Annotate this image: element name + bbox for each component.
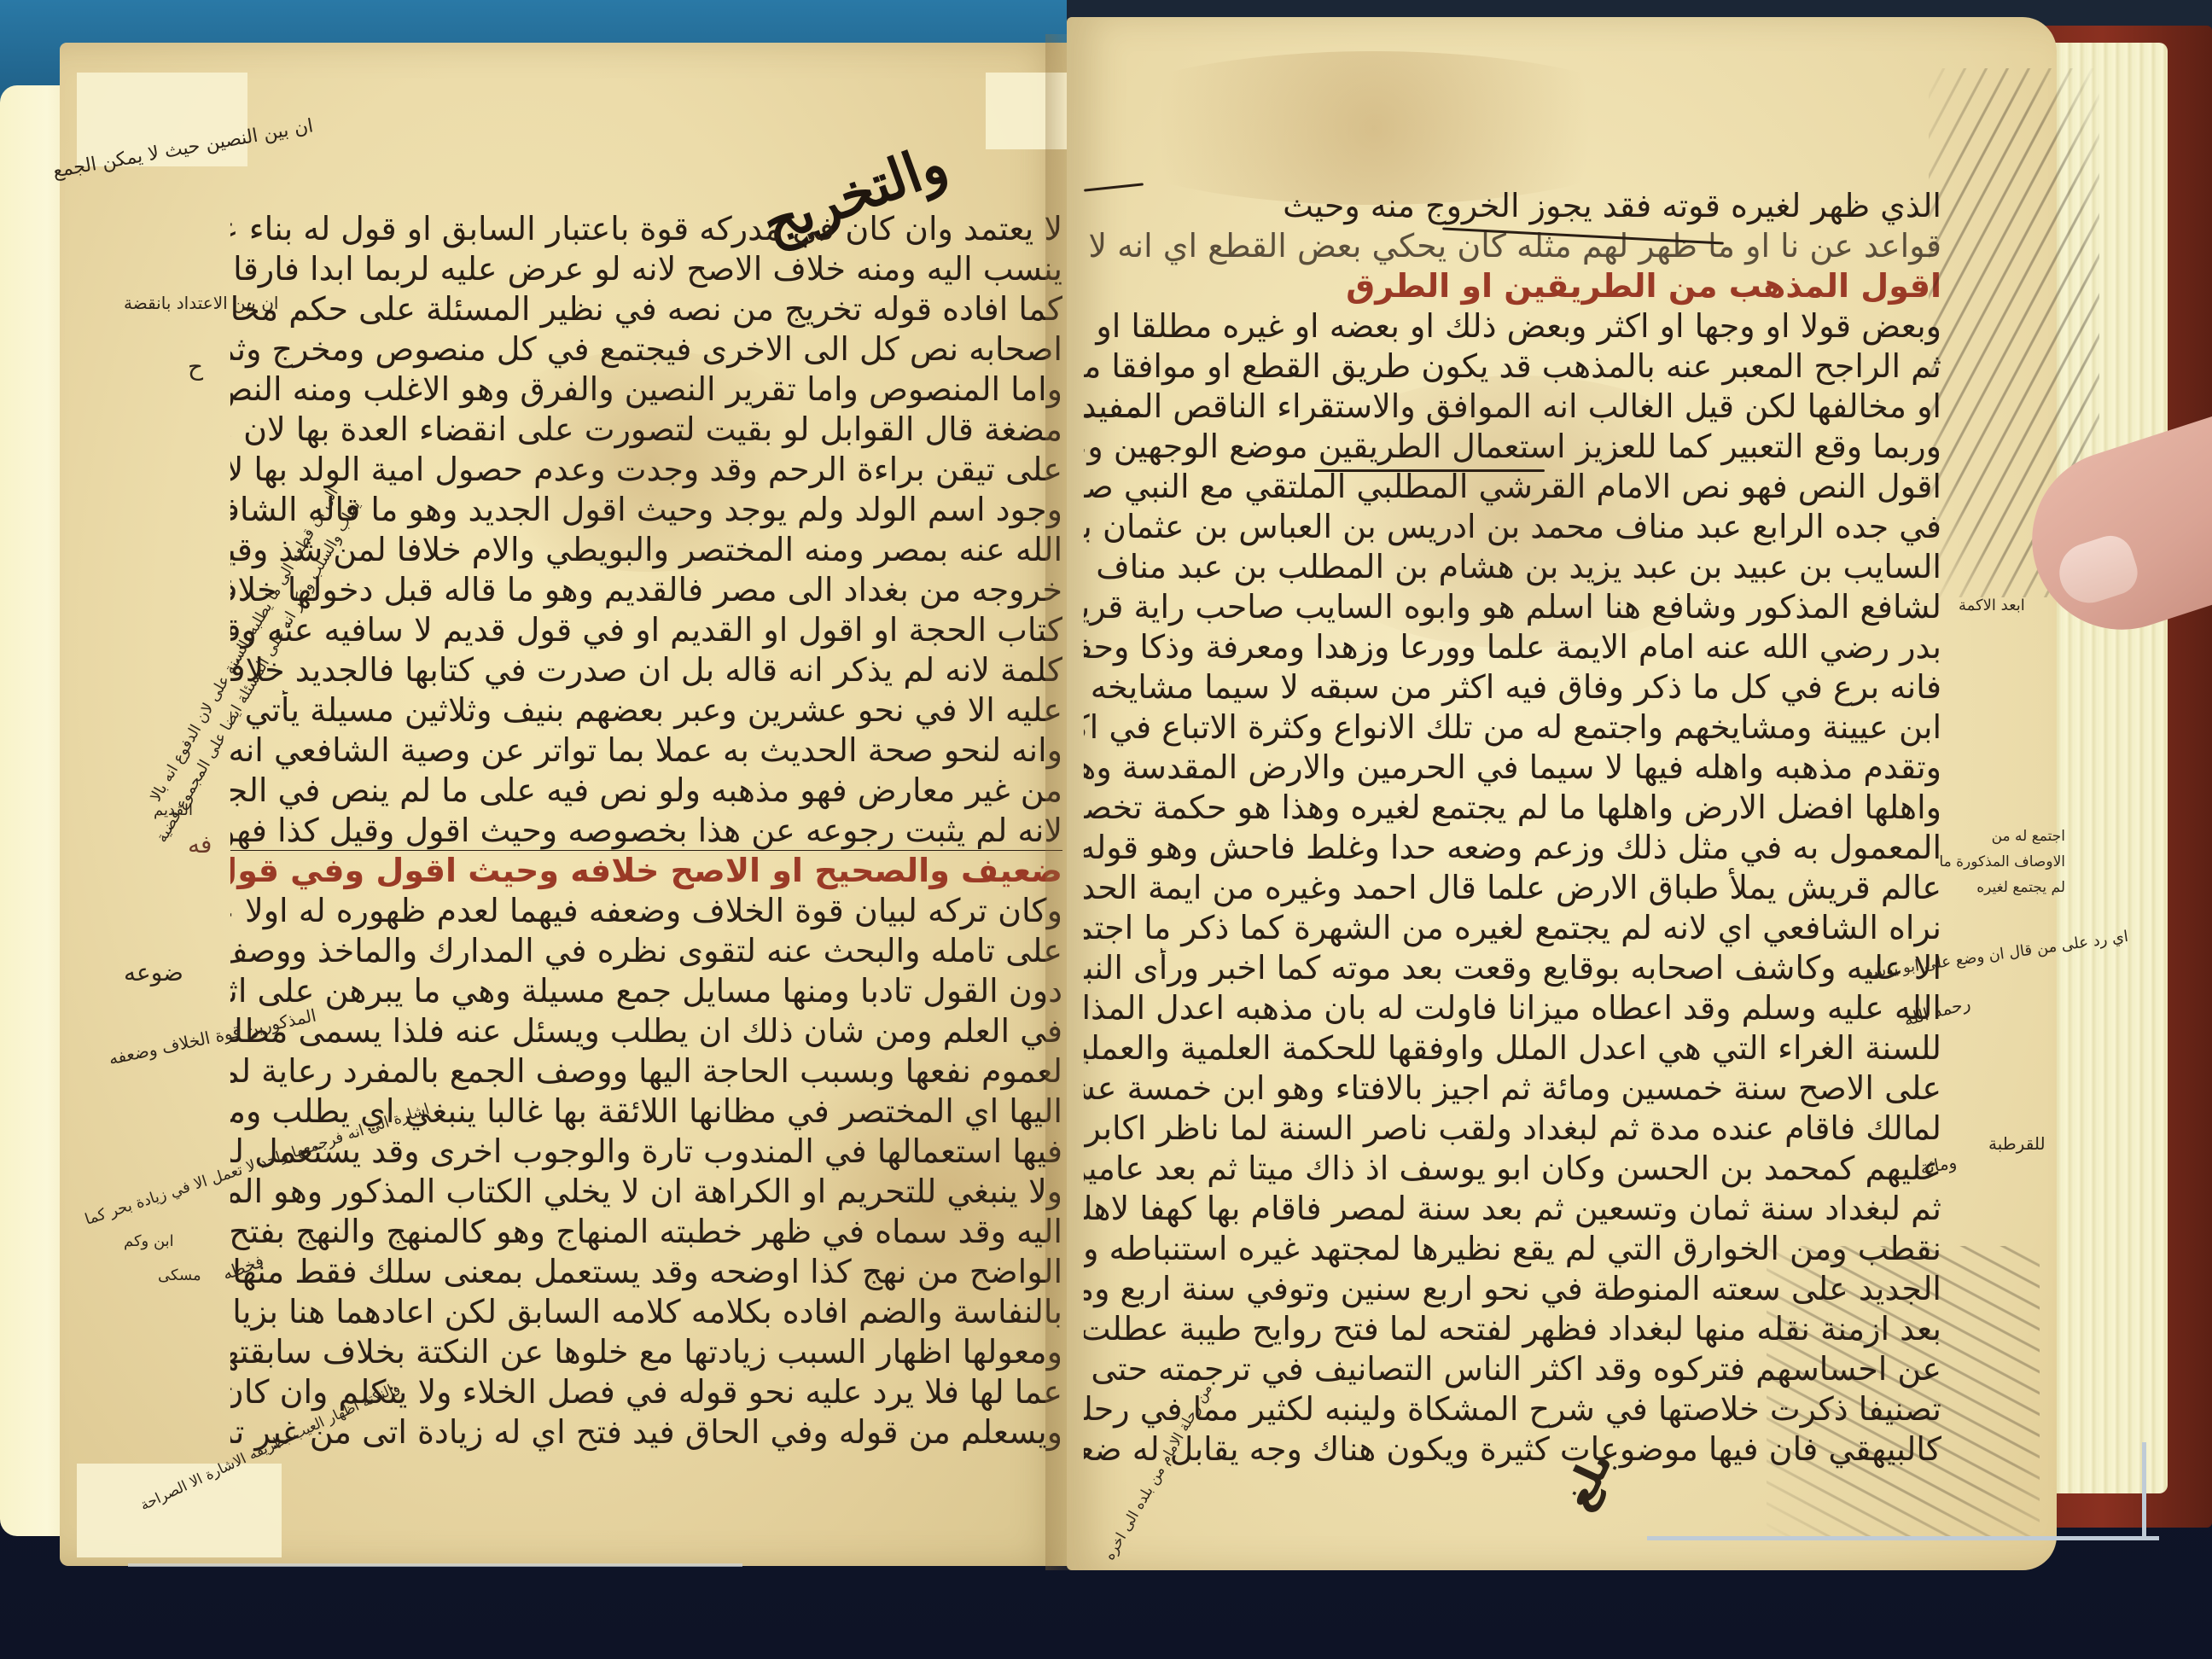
text-line: المعمول به في مثل ذلك وزعم وضعه حدا وغلط…	[1084, 828, 1941, 868]
margin-note: ومائة	[1918, 1150, 1959, 1181]
text-line: وانه لنحو صحة الحديث به عملا بما تواتر ع…	[230, 731, 1062, 771]
text-line: او مخالفها لكن قيل الغالب انه الموافق وا…	[1084, 387, 1941, 427]
text-line: الله عنه بمصر ومنه المختصر والبويطي والا…	[230, 530, 1062, 570]
dense-margin-gloss-bottom-right	[1767, 1246, 2040, 1536]
text-line: عليهم كمحمد بن الحسن وكان ابو يوسف اذ ذا…	[1084, 1149, 1941, 1189]
text-line: في جده الرابع عبد مناف محمد بن ادريس بن …	[1084, 507, 1941, 547]
text-line: ثم الراجح المعبر عنه بالمذهب قد يكون طري…	[1084, 346, 1941, 387]
text-line: فانه برع في كل ما ذكر وفاق فيه اكثر من س…	[1084, 667, 1941, 707]
text-line: اليه وقد سماه في ظهر خطبته المنهاج وهو ك…	[230, 1212, 1062, 1252]
margin-note: فه	[188, 832, 212, 858]
text-line: ومعولها اظهار السبب زيادتها مع خلوها عن …	[230, 1332, 1062, 1372]
table-edge-highlight	[2142, 1442, 2146, 1540]
text-line: اقول النص فهو نص الامام القرشي المطلبي ا…	[1084, 467, 1941, 507]
text-line: على تامله والبحث عنه لتقوى نظره في المدا…	[230, 931, 1062, 971]
text-line: للسنة الغراء التي هي اعدل الملل واوفقها …	[1084, 1028, 1941, 1068]
text-line: بدر رضي الله عنه امام الايمة علما وورعا …	[1084, 627, 1941, 667]
text-line: بالنفاسة والضم افاده بكلامه كلامه السابق…	[230, 1292, 1062, 1332]
left-page: والتخريج لا يعتمد وان كان في مدركه قوة ب…	[60, 43, 1071, 1566]
text-line: ابن عيينة ومشايخهم واجتمع له من تلك الان…	[1084, 707, 1941, 748]
text-line: ينسب اليه ومنه خلاف الاصح لانه لو عرض عل…	[230, 249, 1062, 289]
margin-note: مسكى	[158, 1263, 201, 1289]
text-line: من غير معارض فهو مذهبه ولو نص فيه على ما…	[230, 771, 1062, 811]
margin-note: ضوعه	[124, 960, 183, 986]
text-line: وتقدم مذهبه واهله فيها لا سيما في الحرمي…	[1084, 748, 1941, 788]
margin-note: ان بين الاعتداد بانقضة	[124, 290, 278, 316]
text-line: في العلم ومن شان ذلك ان يطلب ويسئل عنه ف…	[230, 1011, 1062, 1051]
text-line-rubricated: ضعيف والصحيح او الاصح خلافه وحيث اقول وف…	[230, 851, 1062, 891]
text-line: لعموم نفعها وبسبب الحاجة اليها ووصف الجم…	[230, 1051, 1062, 1091]
text-line: لا يعتمد وان كان في مدركه قوة باعتبار ال…	[230, 209, 1062, 249]
text-line: عليه الا في نحو عشرين وعبر بعضهم بنيف وث…	[230, 690, 1062, 731]
margin-note: ابن وكم	[124, 1229, 174, 1254]
text-line: الا عليه وكاشف اصحابه بوقايع وقعت بعد مو…	[1084, 948, 1941, 988]
ink-underline	[1084, 414, 1144, 416]
text-line: ولا ينبغي للتحريم او الكراهة ان لا يخلي …	[230, 1172, 1062, 1212]
water-stain	[1075, 51, 1673, 205]
text-line: على الاصح سنة خمسين ومائة ثم اجيز بالافت…	[1084, 1068, 1941, 1109]
margin-note: اجتمع له من الاوصاف المذكورة ما لم يجتمع…	[1937, 824, 2065, 900]
text-line: مضغة قال القوابل لو بقيت لتصورت على انقض…	[230, 410, 1062, 450]
ink-underline	[1314, 469, 1545, 472]
text-line: لشافع المذكور وشافع هنا اسلم هو وابوه ال…	[1084, 587, 1941, 627]
text-line: اصحابه نص كل الى الاخرى فيجتمع في كل منص…	[230, 329, 1062, 370]
text-line: الذي ظهر لغيره قوته فقد يجوز الخروج منه …	[1084, 186, 1941, 226]
text-line: كما افاده قوله تخريج من نصه في نظير المس…	[230, 289, 1062, 329]
text-line: الواضح من نهج كذا اوضحه وقد يستعمل بمعنى…	[230, 1252, 1062, 1292]
text-line: كتاب الحجة او اقول او القديم او في قول ق…	[230, 610, 1062, 650]
text-line: الله عليه وسلم وقد اعطاه ميزانا فاولت له…	[1084, 988, 1941, 1028]
text-line: وكان تركه لبيان قوة الخلاف وضعفه فيهما ل…	[230, 891, 1062, 931]
fingernail	[2052, 530, 2143, 610]
text-line: كلمة لانه لم يذكر انه قاله بل ان صدرت في…	[230, 650, 1062, 690]
table-edge-highlight	[128, 1563, 742, 1567]
text-line: نراه الشافعي اي لانه لم يجتمع لغيره من ا…	[1084, 908, 1941, 948]
text-line: السايب بن عبيد بن عبد يزيد بن هشام بن ال…	[1084, 547, 1941, 587]
right-page: الذي ظهر لغيره قوته فقد يجوز الخروج منه …	[1067, 17, 2057, 1570]
text-line: وربما وقع التعبير كما للعزيز استعمال الط…	[1084, 427, 1941, 467]
text-line: لمالك فاقام عنده مدة ثم لبغداد ولقب ناصر…	[1084, 1109, 1941, 1149]
text-line-rubricated: اقول المذهب من الطريقين او الطرق	[1084, 266, 1941, 306]
text-line: خروجه من بغداد الى مصر فالقديم وهو ما قا…	[230, 570, 1062, 610]
left-main-text: لا يعتمد وان كان في مدركه قوة باعتبار ال…	[230, 209, 1062, 1452]
text-line: وبعض قولا او وجها او اكثر وبعض ذلك او بع…	[1084, 306, 1941, 346]
text-line: ثم لبغداد سنة ثمان وتسعين ثم بعد سنة لمص…	[1084, 1189, 1941, 1229]
margin-note: القديم	[154, 798, 193, 824]
margin-note: ابعد الاكمة	[1959, 593, 2025, 619]
text-line: لانه لم يثبت رجوعه عن هذا بخصوصه وحيث اق…	[230, 811, 1062, 851]
margin-note: للقرطبة	[1988, 1131, 2046, 1156]
text-line: دون القول تادبا ومنها مسايل جمع مسيلة وه…	[230, 971, 1062, 1011]
text-line: على تيقن براءة الرحم وقد وجدت وعدم حصول …	[230, 450, 1062, 490]
text-line: عالم قريش يملأ طباق الارض علما قال احمد …	[1084, 868, 1941, 908]
text-line: واهلها افضل الارض واهلها ما لم يجتمع لغي…	[1084, 788, 1941, 828]
margin-note: ح	[188, 354, 203, 380]
text-line: واما المنصوص واما تقرير النصين والفرق وه…	[230, 370, 1062, 410]
table-edge-highlight	[1647, 1536, 2159, 1540]
